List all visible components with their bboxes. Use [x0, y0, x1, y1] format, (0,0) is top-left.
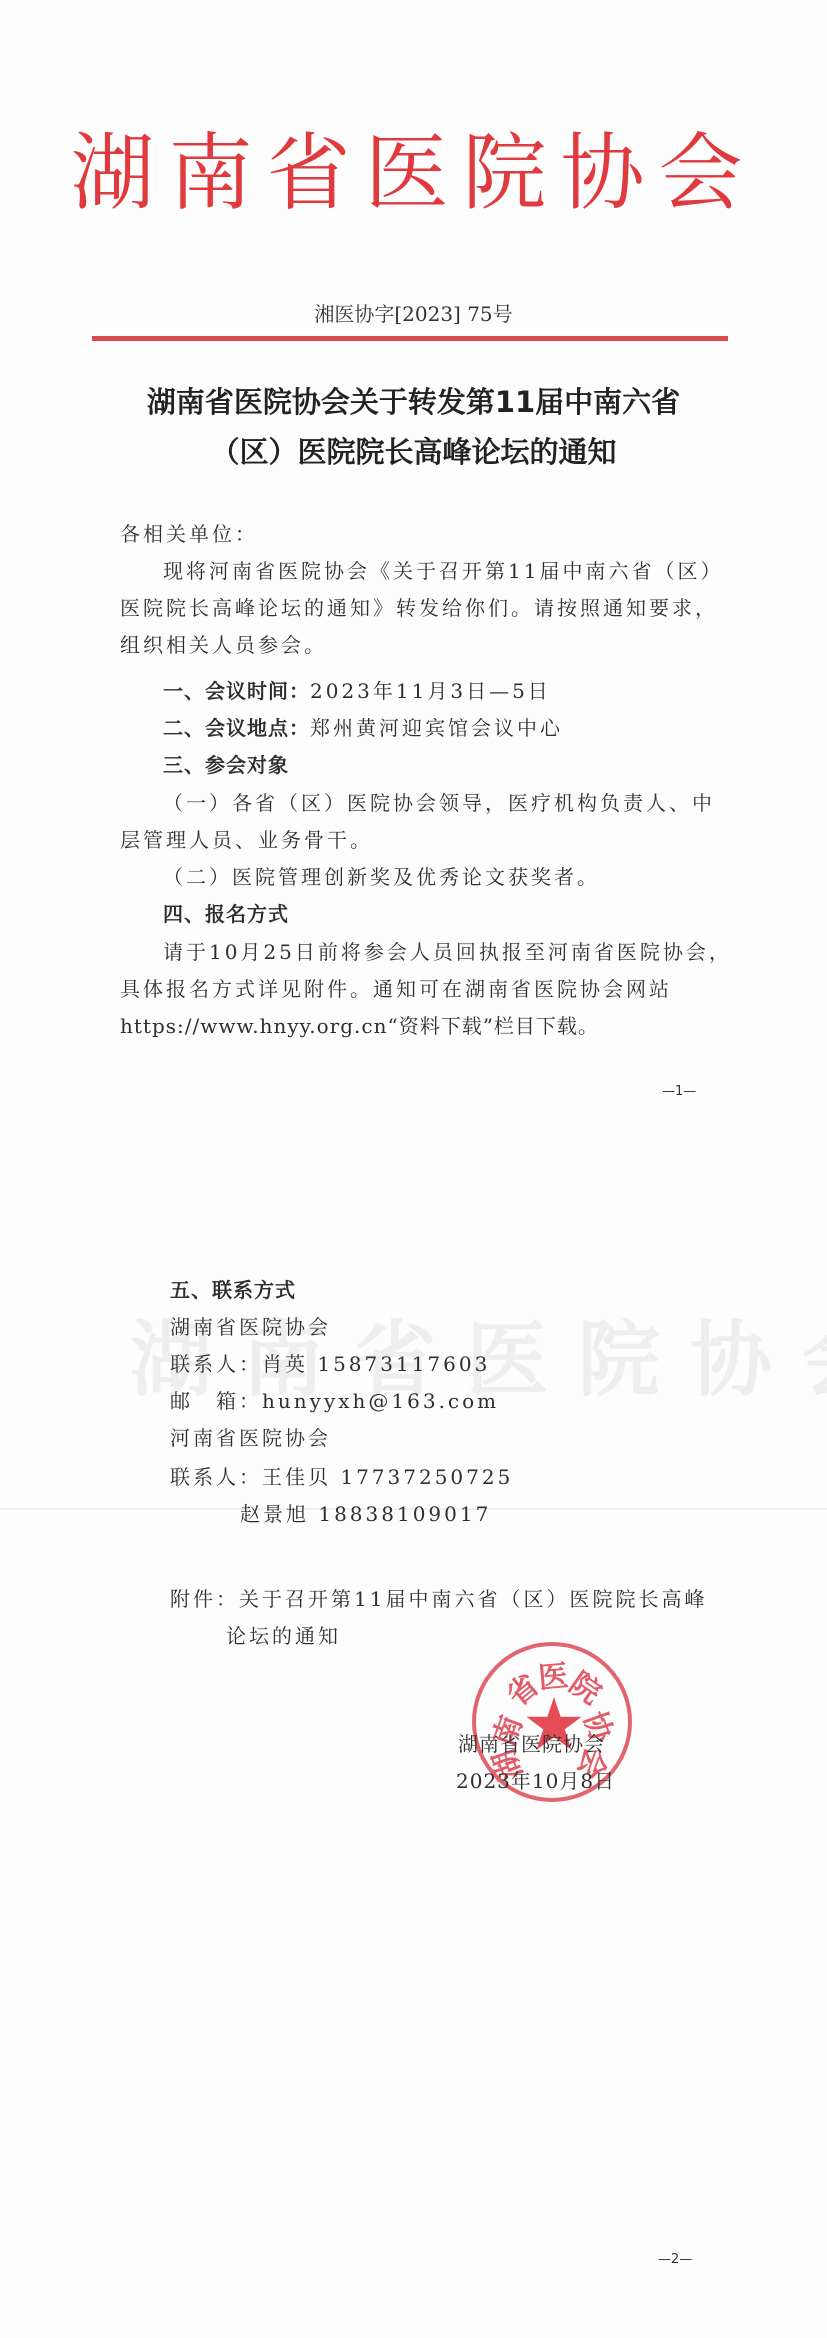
- red-header-divider: [92, 336, 728, 341]
- intro-line: 现将河南省医院协会《关于召开第11届中南六省（区）: [163, 557, 723, 585]
- contact-org1-email: 邮 箱：hunyyxh@163.com: [170, 1387, 499, 1415]
- registration-line-website: https://www.hnyy.org.cn“资料下载”栏目下载。: [120, 1012, 599, 1040]
- attendees-item1-line: （一）各省（区）医院协会领导，医疗机构负责人、中: [163, 789, 715, 817]
- document-number: 湘医协字[2023] 75号: [0, 298, 827, 327]
- section-attendees-heading: 三、参会对象: [163, 751, 289, 779]
- registration-line: 具体报名方式详见附件。通知可在湖南省医院协会网站: [120, 975, 672, 1003]
- attendees-item1-line: 层管理人员、业务骨干。: [120, 826, 373, 854]
- signature-org: 湖南省医院协会: [458, 1730, 605, 1758]
- attachment-line2: 论坛的通知: [226, 1622, 341, 1650]
- notice-title-line1: 湖南省医院协会关于转发第11届中南六省: [0, 380, 827, 421]
- section-place-value: 郑州黄河迎宾馆会议中心: [310, 716, 563, 740]
- section-contact-heading: 五、联系方式: [170, 1276, 296, 1304]
- page-number-2: —2—: [658, 2252, 692, 2267]
- section-time: 一、会议时间：2023年11月3日—5日: [163, 677, 551, 705]
- contact-org1: 湖南省医院协会: [170, 1313, 331, 1341]
- intro-line: 医院院长高峰论坛的通知》转发给你们。请按照通知要求，: [120, 594, 718, 622]
- signature-date: 2023年10月8日: [456, 1767, 615, 1795]
- section-time-value: 2023年11月3日—5日: [310, 679, 551, 703]
- contact-org2: 河南省医院协会: [170, 1424, 331, 1452]
- contact-org2-person2: 赵景旭 18838109017: [240, 1500, 491, 1528]
- contact-org2-person1: 联系人：王佳贝 17737250725: [170, 1463, 513, 1491]
- contact-org1-person: 联系人：肖英 15873117603: [170, 1350, 490, 1378]
- salutation: 各相关单位：: [120, 520, 258, 548]
- notice-title-line2: （区）医院院长高峰论坛的通知: [0, 430, 827, 471]
- section-registration-heading: 四、报名方式: [163, 900, 289, 928]
- section-place: 二、会议地点：郑州黄河迎宾馆会议中心: [163, 714, 563, 742]
- intro-line: 组织相关人员参会。: [120, 631, 327, 659]
- section-place-heading: 二、会议地点：: [163, 716, 310, 740]
- page-number-1: —1—: [662, 1084, 696, 1099]
- attendees-item2: （二）医院管理创新奖及优秀论文获奖者。: [163, 863, 600, 891]
- section-time-heading: 一、会议时间：: [163, 679, 310, 703]
- masthead-org-name: 湖南省医院协会: [0, 118, 827, 228]
- registration-line: 请于10月25日前将参会人员回执报至河南省医院协会，: [163, 938, 732, 966]
- attachment-line1: 附件：关于召开第11届中南六省（区）医院院长高峰: [170, 1585, 707, 1613]
